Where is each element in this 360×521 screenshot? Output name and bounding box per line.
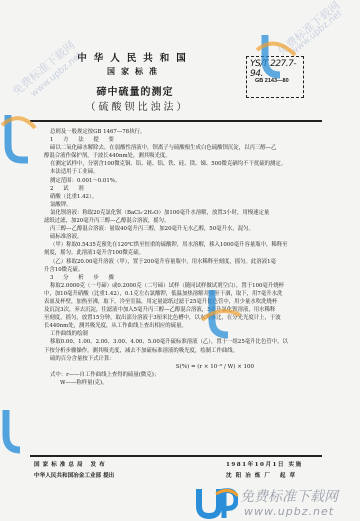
body-line: 测定范围：0.001～0.01%。 — [44, 177, 326, 185]
standard-type-heading: 国家标准 — [95, 66, 175, 77]
upbz-logo-icon — [0, 110, 40, 170]
document-page: 中华人民共和国 国家标准 碲中硫量的测定 （硫酸钡比浊法） YS/T 227.7… — [0, 0, 360, 521]
body-line: 本法适用于工业碲。 — [44, 168, 326, 176]
body-line: 硫标准溶液。 — [44, 233, 326, 241]
body-line: 移取0.00、1.00、2.00、3.00、4.00、5.00毫升硫标准溶液（乙… — [44, 338, 326, 346]
standard-number-box: YS/T 227.7-94. GB 2143—80 — [246, 56, 304, 98]
standard-number: GB 2143—80 — [255, 78, 289, 84]
proposer: 中华人民共和国冶金工业部 提出 — [34, 471, 114, 479]
country-heading: 中华人民共和国 — [70, 50, 200, 64]
where-line: 式中：r——自工作曲线上查得的硫量(微克)； — [44, 371, 326, 379]
body-line: 下按分析步骤操作，测其吸光度，减去不加硫标准溶液的吸光度，绘制工作曲线。 — [44, 347, 326, 355]
formula: S(%) = (r × 10⁻⁶ / W) × 100 — [44, 363, 326, 371]
section-heading-1: 1 方 法 提 要 — [44, 136, 326, 144]
body-line: 总则及一般规定按GB 1467—78执行。 — [44, 128, 326, 136]
handwritten-code: YS/T 227.7-94. — [250, 59, 303, 79]
body-line: （甲）称取0.5435克预先在120℃烘至恒重的硫酸钾，用水溶解，移入1000毫… — [44, 241, 326, 249]
body-line: 升含10微克硫。 — [44, 266, 326, 274]
upbz-brand-logo: 免费标准下载网 www.upbz.net — [194, 486, 360, 521]
drafter: 沈阳冶炼厂 起草 — [226, 471, 299, 479]
where-line: W——称样量(克)。 — [44, 379, 326, 387]
body-line: 长440nm处，测其吸光度，从工作曲线上查出相应的硫量。 — [44, 322, 326, 330]
body-line: 氯酸钾。 — [44, 201, 326, 209]
body-line: 氯化钡溶液：称取20克氯化钡（BaCl₂·2H₂O）加100毫升水溶解，放置3小… — [44, 209, 326, 217]
body-line: 硫的百分含量按下式计算： — [44, 355, 326, 363]
publisher: 国家标准总局 发布 — [34, 460, 108, 468]
watermark-text: 免费标准下载网 — [274, 0, 343, 59]
header-divider — [30, 120, 322, 122]
body-line: 称取2.0000克（一号碲）或0.2000克（二号碲）试样（随同试样做试剂空白）… — [44, 282, 326, 290]
body-line: 刻度，摇匀。此溶液1毫升含100微克硫。 — [44, 249, 326, 257]
section-heading-2: 2 试 剂 — [44, 185, 326, 193]
document-title: 碲中硫量的测定 — [80, 83, 190, 98]
upbz-logo-icon — [194, 486, 238, 520]
body-line: 滤纸过滤，加20毫升丙三醇—乙醇混合溶液，摇匀。 — [44, 217, 326, 225]
effective-date: 1981年10月1日 实施 — [226, 460, 303, 468]
body-line: 丙三醇—乙醇混合溶液：量取40毫升丙三醇，加20毫升无水乙醇，50毫升水，混匀。 — [44, 225, 326, 233]
section-heading-3: 3 分 析 步 骤 — [44, 274, 326, 282]
body-line: 至刻度，摇匀，放置15分钟，取出部分溶液于3厘米比色槽中，以水为参比，在分光光度… — [44, 314, 326, 322]
footer-divider — [30, 455, 322, 457]
body-line: 在测定试样中，分别含100微克铜、铅、铋、铝、铁、硅、镁、锑、500微克硒均不干… — [44, 160, 326, 168]
subsection-heading: 工作曲线的绘制 — [44, 330, 326, 338]
body-line: 中，加10毫升硝酸（比重1.42），0.1克左右氯酸钾，低温加热溶解并蒸至干涸，… — [44, 290, 326, 298]
watermark-url: www.upbz.net — [289, 9, 344, 58]
body-line: （乙）移取20.00毫升溶液（甲），置于200毫升容量瓶中，用水稀释至刻度，摇匀… — [44, 258, 326, 266]
brand-name: 免费标准下载网 — [240, 486, 338, 506]
upbz-logo-icon — [0, 405, 35, 455]
body-line: 碲以二氧化碲水解除去。在弱酸性溶液中，钡离子与硫酸根生成白色硫酸钡沉淀，以丙三醇… — [44, 144, 326, 152]
brand-url: www.upbz.net — [244, 505, 334, 518]
body-line: 醇混合液作保护剂，于波长440nm处，测其吸光度。 — [44, 152, 326, 160]
document-body: 总则及一般规定按GB 1467—78执行。 1 方 法 提 要 碲以二氧化碲水解… — [44, 128, 326, 387]
document-subtitle: （硫酸钡比浊法） — [75, 98, 200, 113]
body-line: 硝酸（比重1.42）。 — [44, 193, 326, 201]
body-line: 表皿及杯壁，加热至沸，取下，冷至室温，用定量滤纸过滤于25毫升比色管中，用少量水… — [44, 298, 326, 306]
body-line: 及沉淀3次，弃去沉淀，往滤液中加入5毫升丙三醇—乙醇混合溶液，5毫升氯化钡溶液，… — [44, 306, 326, 314]
watermark-text: 免费标准下载网 — [9, 37, 78, 99]
